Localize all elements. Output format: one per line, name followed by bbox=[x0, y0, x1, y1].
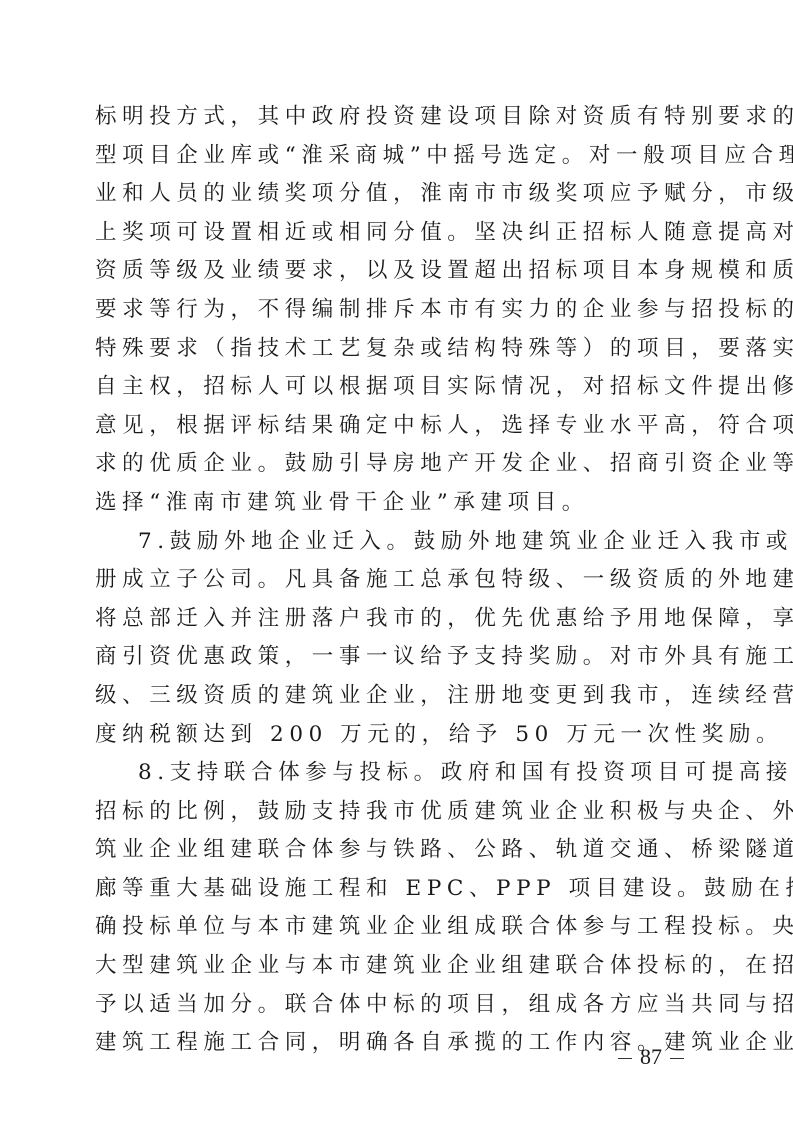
text-line: 确投标单位与本市建筑业企业组成联合体参与工程投标。央企、外地 bbox=[95, 908, 699, 947]
text-line: 意见，根据评标结果确定中标人，选择专业水平高，符合项目特殊要 bbox=[95, 407, 699, 446]
text-line: 求的优质企业。鼓励引导房地产开发企业、招商引资企业等建设单位 bbox=[95, 445, 699, 484]
page-number: 87 bbox=[640, 1044, 662, 1069]
text-line: 将总部迁入并注册落户我市的，优先优惠给予用地保障，享受县区招 bbox=[95, 600, 699, 639]
text-line: 选择“淮南市建筑业骨干企业”承建项目。 bbox=[95, 484, 699, 523]
text-line: 度纳税额达到 200 万元的，给予 50 万元一次性奖励。 bbox=[95, 716, 699, 755]
text-line: 册成立子公司。凡具备施工总承包特级、一级资质的外地建筑业企业 bbox=[95, 561, 699, 600]
text-line: 型项目企业库或“淮采商城”中摇号选定。对一般项目应合理设置企 bbox=[95, 137, 699, 176]
dash-left bbox=[618, 1058, 632, 1059]
text-line: 大型建筑业企业与本市建筑业企业组建联合体投标的，在招标过程中 bbox=[95, 947, 699, 986]
text-line: 建筑工程施工合同，明确各自承揽的工作内容。建筑业企业以联合体 bbox=[95, 1024, 699, 1063]
text-line: 上奖项可设置相近或相同分值。坚决纠正招标人随意提高对投标企业 bbox=[95, 214, 699, 253]
text-line: 予以适当加分。联合体中标的项目，组成各方应当共同与招标人签订 bbox=[95, 986, 699, 1025]
text-line: 商引资优惠政策，一事一议给予支持奖励。对市外具有施工总承包二 bbox=[95, 638, 699, 677]
text-line: 招标的比例，鼓励支持我市优质建筑业企业积极与央企、外地大型建 bbox=[95, 793, 699, 832]
text-line: 自主权，招标人可以根据项目实际情况，对招标文件提出修改和调整 bbox=[95, 368, 699, 407]
text-line: 廊等重大基础设施工程和 EPC、PPP 项目建设。鼓励在招标文件中明 bbox=[95, 870, 699, 909]
section-heading-line-7: 7.鼓励外地企业迁入。鼓励外地建筑业企业迁入我市或在我市注 bbox=[95, 523, 699, 562]
text-line: 标明投方式，其中政府投资建设项目除对资质有特别要求的，应在小 bbox=[95, 98, 699, 137]
body-text: 标明投方式，其中政府投资建设项目除对资质有特别要求的，应在小 型项目企业库或“淮… bbox=[95, 98, 699, 1063]
text-line: 要求等行为，不得编制排斥本市有实力的企业参与招投标的条款。有 bbox=[95, 291, 699, 330]
document-page: 标明投方式，其中政府投资建设项目除对资质有特别要求的，应在小 型项目企业库或“淮… bbox=[0, 0, 793, 1122]
text-line: 业和人员的业绩奖项分值，淮南市市级奖项应予赋分，市级与省级以 bbox=[95, 175, 699, 214]
text-line: 级、三级资质的建筑业企业，注册地变更到我市，连续经营三年且年 bbox=[95, 677, 699, 716]
page-footer: 87 bbox=[610, 1044, 692, 1070]
dash-right bbox=[670, 1058, 684, 1059]
text-line: 筑业企业组建联合体参与铁路、公路、轨道交通、桥梁隧道、综合管 bbox=[95, 831, 699, 870]
text-line: 资质等级及业绩要求，以及设置超出招标项目本身规模和质量的业绩 bbox=[95, 252, 699, 291]
section-heading-line-8: 8.支持联合体参与投标。政府和国有投资项目可提高接受联合体 bbox=[95, 754, 699, 793]
text-line: 特殊要求（指技术工艺复杂或结构特殊等）的项目，要落实招标人的 bbox=[95, 330, 699, 369]
